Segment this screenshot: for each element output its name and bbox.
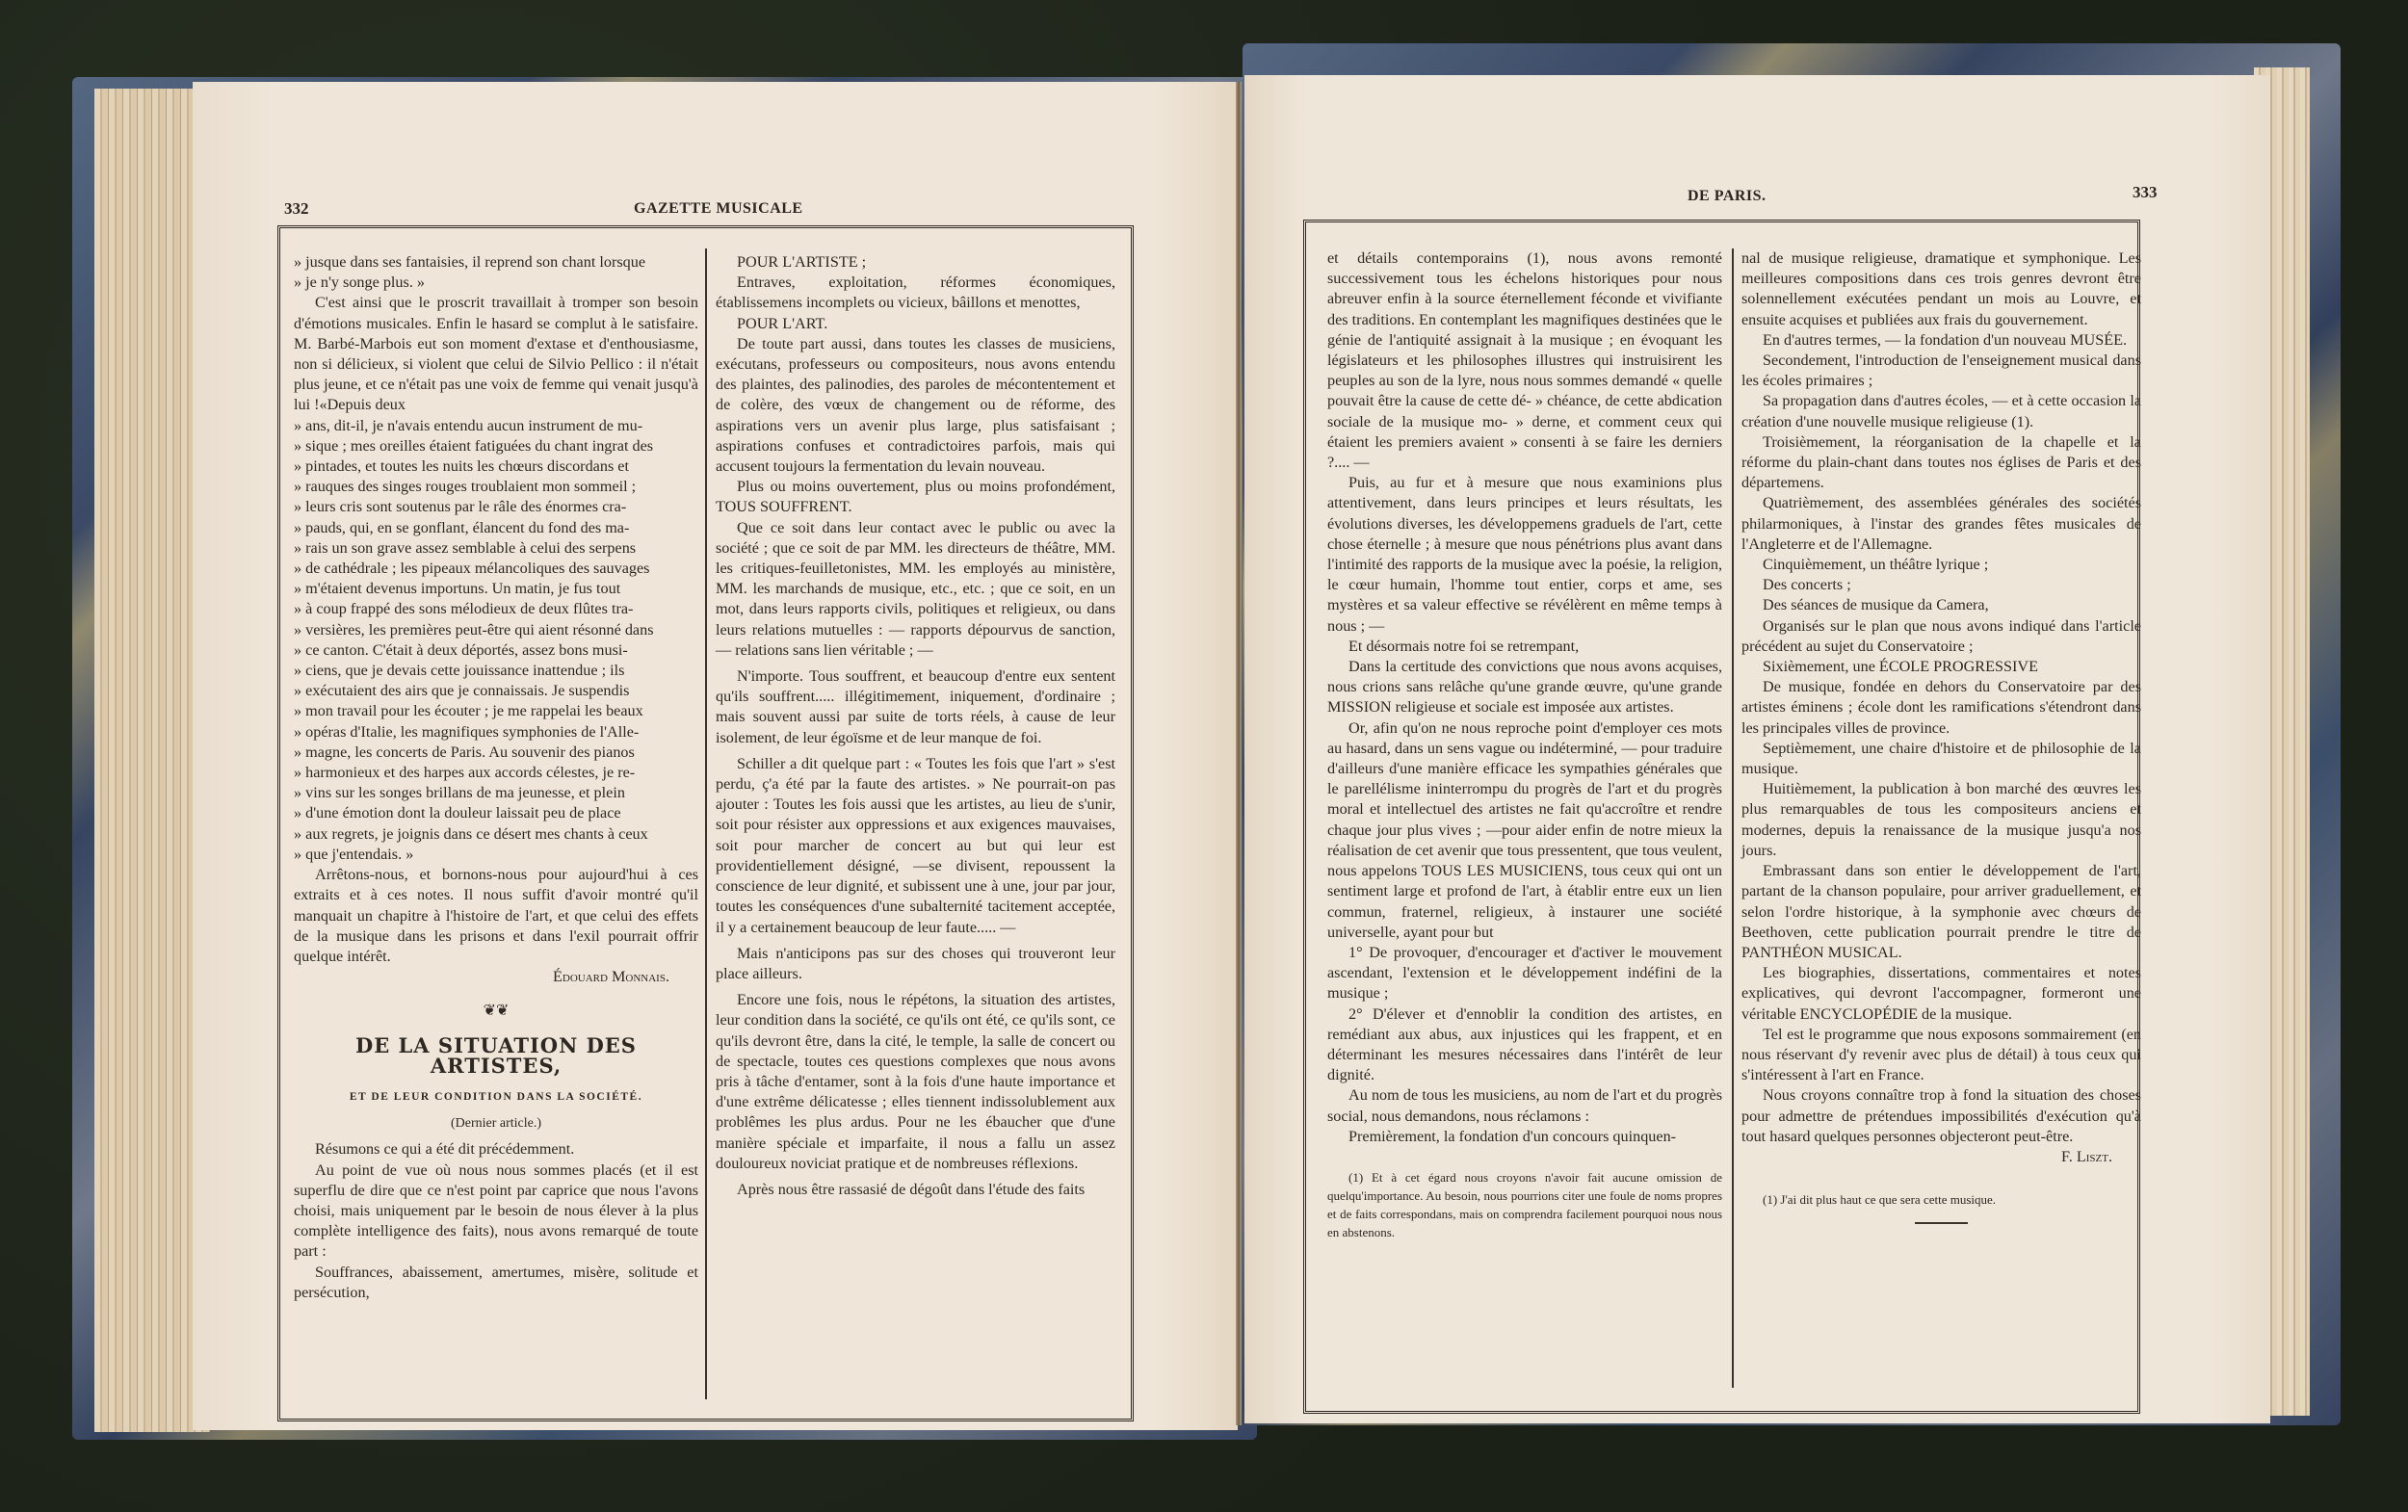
paragraph: Cinquièmement, un théâtre lyrique ; (1741, 555, 2141, 575)
paragraph: Entraves, exploitation, réformes économi… (716, 273, 1115, 313)
paragraph: Au point de vue où nous nous sommes plac… (294, 1160, 698, 1263)
paragraph: Huitièmement, la publication à bon march… (1741, 779, 2141, 861)
paragraph: Encore une fois, nous le répétons, la si… (716, 990, 1115, 1174)
text-line: » rais un son grave assez semblable à ce… (294, 538, 698, 559)
text-line: » je n'y songe plus. » (294, 273, 698, 293)
paragraph: De musique, fondée en dehors du Conserva… (1741, 677, 2141, 739)
paragraph: Schiller a dit quelque part : « Toutes l… (716, 754, 1115, 938)
paragraph: Or, afin qu'on ne nous reproche point d'… (1327, 718, 1722, 943)
text-line: » aux regrets, je joignis dans ce désert… (294, 824, 698, 845)
text-line: » m'étaient devenus importuns. Un matin,… (294, 579, 698, 599)
paragraph: Premièrement, la fondation d'un concours… (1327, 1127, 1722, 1147)
right-running-head: DE PARIS. (1688, 188, 1767, 205)
text-line: » que j'entendais. » (294, 845, 698, 865)
paragraph: Troisièmement, la réorganisation de la c… (1741, 432, 2141, 494)
right-column-2: nal de musique religieuse, dramatique et… (1741, 248, 2141, 1224)
left-column-1: » jusque dans ses fantaisies, il reprend… (294, 252, 698, 1303)
paragraph: En d'autres termes, — la fondation d'un … (1741, 330, 2141, 351)
text-line: » vins sur les songes brillans de ma jeu… (294, 783, 698, 803)
paragraph: Sixièmement, une ÉCOLE PROGRESSIVE (1741, 657, 2141, 677)
left-column-2: POUR L'ARTISTE ; Entraves, exploitation,… (716, 252, 1115, 1200)
paragraph: POUR L'ART. (716, 314, 1115, 334)
text-line: » jusque dans ses fantaisies, il reprend… (294, 252, 698, 273)
paragraph: Et désormais notre foi se retrempant, (1327, 637, 1722, 657)
text-line: » de cathédrale ; les pipeaux mélancoliq… (294, 559, 698, 579)
paragraph: Des séances de musique da Camera, (1741, 595, 2141, 615)
footnote: (1) J'ai dit plus haut ce que sera cette… (1741, 1190, 2141, 1209)
text-line: » rauques des singes rouges troublaient … (294, 477, 698, 497)
article-note: (Dernier article.) (294, 1113, 698, 1134)
text-line: » pintades, et toutes les nuits les chœu… (294, 456, 698, 477)
paragraph: Mais n'anticipons pas sur des choses qui… (716, 944, 1115, 984)
end-rule (1915, 1222, 1968, 1224)
paragraph: De toute part aussi, dans toutes les cla… (716, 334, 1115, 477)
text-line: » pauds, qui, en se gonflant, élancent d… (294, 518, 698, 538)
author-signature: Édouard Monnais. (294, 967, 698, 987)
text-line: » mon travail pour les écouter ; je me r… (294, 701, 698, 721)
paragraph: Puis, au fur et à mesure que nous examin… (1327, 473, 1722, 637)
right-page-number: 333 (2133, 183, 2158, 202)
paragraph: C'est ainsi que le proscrit travaillait … (294, 293, 698, 415)
article-title: DE LA SITUATION DES ARTISTES, (294, 1035, 698, 1076)
left-page-number: 332 (284, 199, 309, 219)
text-line: » harmonieux et des harpes aux accords c… (294, 763, 698, 783)
article-subtitle: ET DE LEUR CONDITION DANS LA SOCIÉTÉ. (294, 1087, 698, 1108)
right-column-1: et détails contemporains (1), nous avons… (1327, 248, 1722, 1241)
paragraph: Nous croyons connaître trop à fond la si… (1741, 1085, 2141, 1147)
left-running-head: GAZETTE MUSICALE (634, 200, 803, 218)
text-line: » opéras d'Italie, les magnifiques symph… (294, 722, 698, 743)
author-signature: F. Liszt. (1741, 1147, 2141, 1167)
text-line: » magne, les concerts de Paris. Au souve… (294, 743, 698, 763)
text-line: » leurs cris sont soutenus par le râle d… (294, 497, 698, 517)
paragraph: Quatrièmement, des assemblées générales … (1741, 493, 2141, 555)
left-column-rule (705, 248, 707, 1399)
paragraph: nal de musique religieuse, dramatique et… (1741, 248, 2141, 330)
paragraph: 2° D'élever et d'ennoblir la condition d… (1327, 1004, 1722, 1086)
paragraph: Après nous être rassasié de dégoût dans … (716, 1180, 1115, 1200)
text-line: » exécutaient des airs que je connaissai… (294, 681, 698, 701)
paragraph: Que ce soit dans leur contact avec le pu… (716, 518, 1115, 661)
paragraph: Des concerts ; (1741, 575, 2141, 595)
paragraph: Tel est le programme que nous exposons s… (1741, 1025, 2141, 1086)
fleuron-ornament-icon: ❦❦ (294, 1001, 698, 1021)
paragraph: Plus ou moins ouvertement, plus ou moins… (716, 477, 1115, 517)
paragraph: Arrêtons-nous, et bornons-nous pour aujo… (294, 865, 698, 967)
paragraph: Les biographies, dissertations, commenta… (1741, 963, 2141, 1025)
text-line: » d'une émotion dont la douleur laissait… (294, 803, 698, 823)
paragraph: Au nom de tous les musiciens, au nom de … (1327, 1085, 1722, 1126)
paragraph: N'importe. Tous souffrent, et beaucoup d… (716, 666, 1115, 748)
footnote: (1) Et à cet égard nous croyons n'avoir … (1327, 1168, 1722, 1241)
text-line: » sique ; mes oreilles étaient fatiguées… (294, 436, 698, 456)
paragraph: 1° De provoquer, d'encourager et d'activ… (1327, 943, 1722, 1004)
book-gutter (1236, 82, 1242, 1425)
text-line: » versières, les premières peut-être qui… (294, 620, 698, 640)
text-line: » à coup frappé des sons mélodieux de de… (294, 599, 698, 619)
paragraph: Septièmement, une chaire d'histoire et d… (1741, 739, 2141, 779)
paragraph: Organisés sur le plan que nous avons ind… (1741, 616, 2141, 657)
paragraph: Secondement, l'introduction de l'enseign… (1741, 351, 2141, 391)
text-line: » ans, dit-il, je n'avais entendu aucun … (294, 416, 698, 436)
paragraph: Résumons ce qui a été dit précédemment. (294, 1139, 698, 1160)
paragraph: Sa propagation dans d'autres écoles, — e… (1741, 391, 2141, 431)
paragraph: Souffrances, abaissement, amertumes, mis… (294, 1263, 698, 1303)
text-line: » ce canton. C'était à deux déportés, as… (294, 640, 698, 661)
paragraph: et détails contemporains (1), nous avons… (1327, 248, 1722, 473)
paragraph: Dans la certitude des convictions que no… (1327, 657, 1722, 718)
paragraph: POUR L'ARTISTE ; (716, 252, 1115, 273)
paragraph: Embrassant dans son entier le développem… (1741, 861, 2141, 963)
text-line: » ciens, que je devais cette jouissance … (294, 661, 698, 681)
right-column-rule (1732, 248, 1734, 1388)
